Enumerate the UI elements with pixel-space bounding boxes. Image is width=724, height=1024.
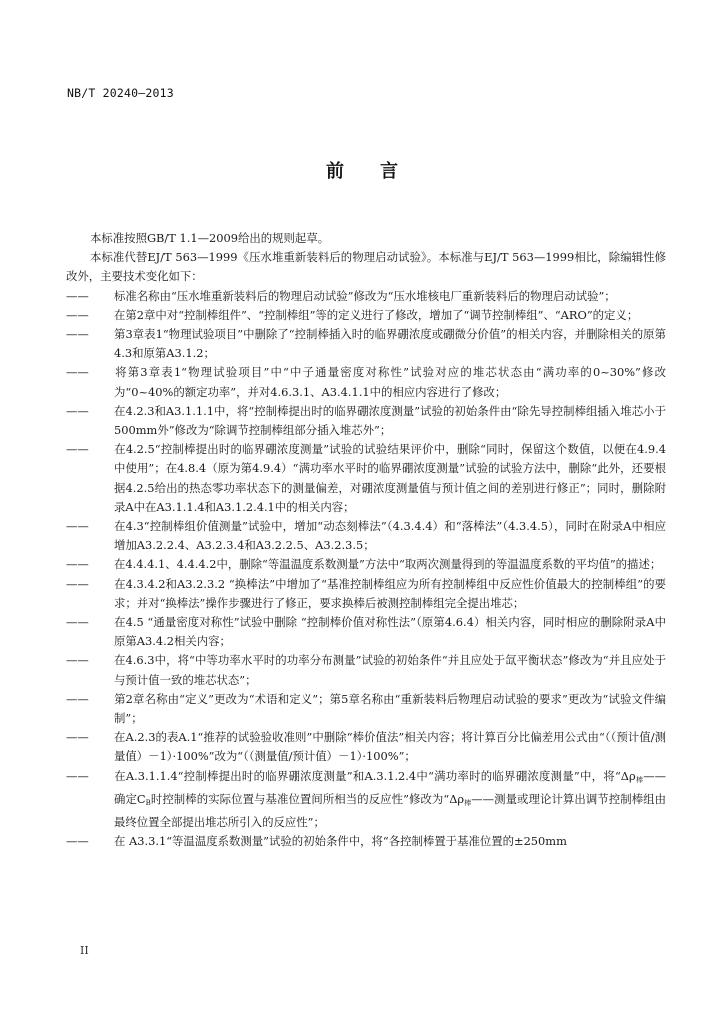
dash-marker: —— [90, 613, 114, 632]
change-text: 在4.5 “通量密度对称性”试验中删除 “控制棒价值对称性法”（原第4.6.4）… [114, 615, 666, 648]
change-item: ——在第2章中对“控制棒组件”、“控制棒组”等的定义进行了修改，增加了“调节控制… [66, 306, 666, 325]
change-item: ——在4.6.3中，将“中等功率水平时的功率分布测量”试验的初始条件“并且应处于… [66, 651, 666, 689]
change-item: ——在4.5 “通量密度对称性”试验中删除 “控制棒价值对称性法”（原第4.6.… [66, 613, 666, 651]
dash-marker: —— [90, 555, 114, 574]
change-text: 在 A3.3.1“等温温度系数测量”试验的初始条件中，将“各控制棒置于基准位置的… [114, 834, 567, 848]
change-item: ——在4.3“控制棒组价值测量”试验中，增加“动态刻棒法”（4.3.4.4）和“… [66, 517, 666, 555]
change-text: 第3章表1“物理试验项目”中删除了“控制棒插入时的临界硼浓度或硼微分价值”的相关… [114, 327, 666, 360]
dash-marker: —— [90, 306, 114, 325]
change-item: ——将第3章表1“物理试验项目”中“中子通量密度对称性”试验对应的堆芯状态由“满… [66, 363, 666, 401]
dash-marker: —— [90, 363, 114, 382]
dash-marker: —— [90, 440, 114, 459]
change-text: 在A.2.3的表A.1“推荐的试验验收准则”中删除“棒价值法”相关内容；将计算百… [114, 730, 666, 763]
change-text: 在4.2.5“控制棒提出时的临界硼浓度测量”试验的试验结果评价中，删除“同时，保… [114, 442, 666, 514]
dash-marker: —— [90, 728, 114, 747]
change-text: 在4.3.4.2和A3.2.3.2 “换棒法”中增加了“基准控制棒组应为所有控制… [114, 577, 666, 610]
change-item: ——在A.2.3的表A.1“推荐的试验验收准则”中删除“棒价值法”相关内容；将计… [66, 728, 666, 766]
dash-marker: —— [90, 325, 114, 344]
dash-marker: —— [90, 651, 114, 670]
change-text: 在4.4.4.1、4.4.4.2中，删除“等温温度系数测量”方法中“取两次测量得… [114, 557, 661, 571]
change-text: 在第2章中对“控制棒组件”、“控制棒组”等的定义进行了修改，增加了“调节控制棒组… [114, 308, 638, 322]
paragraph-drafting-rules: 本标准按照GB/T 1.1—2009给出的规则起草。 [66, 229, 666, 248]
dash-marker: —— [90, 575, 114, 594]
change-item: ——在 A3.3.1“等温温度系数测量”试验的初始条件中，将“各控制棒置于基准位… [66, 832, 666, 851]
dash-marker: —— [90, 767, 114, 786]
change-item: ——在4.3.4.2和A3.2.3.2 “换棒法”中增加了“基准控制棒组应为所有… [66, 575, 666, 613]
change-text: 标准名称由“压水堆重新装料后的物理启动试验”修改为“压水堆核电厂重新装料后的物理… [114, 289, 616, 303]
standard-code-header: NB/T 20240—2013 [67, 86, 174, 100]
paragraph-replacement: 本标准代替EJ/T 563—1999《压水堆重新装料后的物理启动试验》。本标准与… [66, 248, 666, 286]
dash-marker: —— [90, 517, 114, 536]
page-title: 前言 [0, 157, 724, 183]
changes-list: ——标准名称由“压水堆重新装料后的物理启动试验”修改为“压水堆核电厂重新装料后的… [66, 287, 666, 852]
page-number: II [80, 944, 89, 957]
change-text: 时控制棒的实际位置与基准位置间所相当的反应性”修改为“Δρ [151, 792, 464, 806]
change-item: ——第3章表1“物理试验项目”中删除了“控制棒插入时的临界硼浓度或硼微分价值”的… [66, 325, 666, 363]
change-text: 在A.3.1.1.4“控制棒提出时的临界硼浓度测量”和A.3.1.2.4中“满功… [114, 769, 636, 783]
title-char-1: 前 [326, 157, 344, 183]
dash-marker: —— [90, 287, 114, 306]
change-text: 将第3章表1“物理试验项目”中“中子通量密度对称性”试验对应的堆芯状态由“满功率… [114, 365, 666, 398]
change-item: ——标准名称由“压水堆重新装料后的物理启动试验”修改为“压水堆核电厂重新装料后的… [66, 287, 666, 306]
dash-marker: —— [90, 690, 114, 709]
foreword-body: 本标准按照GB/T 1.1—2009给出的规则起草。 本标准代替EJ/T 563… [66, 229, 666, 852]
change-item: ——在4.4.4.1、4.4.4.2中，删除“等温温度系数测量”方法中“取两次测… [66, 555, 666, 574]
change-item: ——第2章名称由“定义”更改为“术语和定义”；第5章名称由“重新装料后物理启动试… [66, 690, 666, 728]
change-item: ——在4.2.3和A3.1.1.1中，将“控制棒提出时的临界硼浓度测量”试验的初… [66, 402, 666, 440]
change-item-delta-rho: ——在A.3.1.1.4“控制棒提出时的临界硼浓度测量”和A.3.1.2.4中“… [66, 767, 666, 833]
dash-marker: —— [90, 402, 114, 421]
change-text: 在4.6.3中，将“中等功率水平时的功率分布测量”试验的初始条件“并且应处于氙平… [114, 653, 666, 686]
change-text: 在4.2.3和A3.1.1.1中，将“控制棒提出时的临界硼浓度测量”试验的初始条… [114, 404, 666, 437]
title-char-2: 言 [380, 157, 398, 183]
change-item: ——在4.2.5“控制棒提出时的临界硼浓度测量”试验的试验结果评价中，删除“同时… [66, 440, 666, 517]
change-text: 第2章名称由“定义”更改为“术语和定义”；第5章名称由“重新装料后物理启动试验的… [114, 692, 666, 725]
dash-marker: —— [90, 832, 114, 851]
change-text: 在4.3“控制棒组价值测量”试验中，增加“动态刻棒法”（4.3.4.4）和“落棒… [114, 519, 666, 552]
